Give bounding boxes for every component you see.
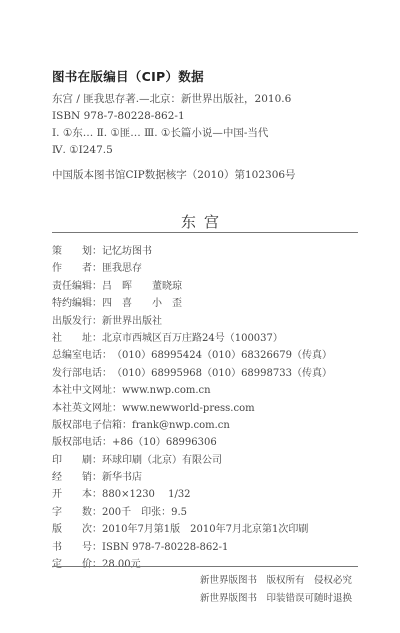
info-label: 经 销 xyxy=(52,469,92,486)
info-label: 策 划 xyxy=(52,243,92,260)
info-label: 定 价 xyxy=(52,556,92,573)
info-row-publisher: 出版发行：新世界出版社 xyxy=(52,313,332,330)
title-divider xyxy=(52,232,358,233)
publication-info: 策 划：记忆坊图书 作 者：匪我思存 责任编辑：吕 晖 董晓琼 特约编辑：四 喜… xyxy=(52,243,332,573)
info-label: 总编室电话 xyxy=(52,347,102,364)
price-value: 28.00元 xyxy=(102,556,141,573)
info-label: 版权部电话 xyxy=(52,434,102,451)
info-separator: ： xyxy=(122,417,132,434)
info-value: 新华书店 xyxy=(102,469,142,486)
info-value: 吕 晖 董晓琼 xyxy=(102,278,182,295)
info-row-printer: 印 刷：环球印刷（北京）有限公司 xyxy=(52,452,332,469)
info-value: 匪我思存 xyxy=(102,260,142,277)
cip-data-block: 东宫 / 匪我思存著.—北京：新世界出版社，2010.6 ISBN 978-7-… xyxy=(52,91,291,159)
english-website-link: www.newworld-press.com xyxy=(122,400,255,417)
info-row-price: 定 价：28.00元 xyxy=(52,556,332,573)
info-row-isbn: 书 号：ISBN 978-7-80228-862-1 xyxy=(52,539,332,556)
info-separator: ： xyxy=(92,313,102,330)
info-value: 2010年7月第1版 2010年7月北京第1次印刷 xyxy=(102,521,308,538)
info-separator: ： xyxy=(92,330,102,347)
cip-line-classification: Ⅳ. ①I247.5 xyxy=(52,142,291,159)
info-separator: ： xyxy=(92,243,102,260)
info-value: （010）68995968（010）68998733（传真） xyxy=(112,365,332,382)
info-separator: ： xyxy=(112,382,122,399)
info-row-format: 开 本：880×1230 1/32 xyxy=(52,486,332,503)
info-value: 880×1230 1/32 xyxy=(102,486,191,503)
info-label: 字 数 xyxy=(52,504,92,521)
footer-return-notice: 新世界版图书 印装错误可随时退换 xyxy=(200,590,352,608)
info-separator: ： xyxy=(92,486,102,503)
chinese-website-link: www.nwp.com.cn xyxy=(122,382,211,399)
info-label: 作 者 xyxy=(52,260,92,277)
info-label: 印 刷 xyxy=(52,452,92,469)
info-row-editor: 责任编辑：吕 晖 董晓琼 xyxy=(52,278,332,295)
info-value: +86（10）68996306 xyxy=(112,434,217,451)
info-row-address: 社 址：北京市西城区百万庄路24号（100037） xyxy=(52,330,332,347)
info-label: 特约编辑 xyxy=(52,295,92,312)
info-row-planning: 策 划：记忆坊图书 xyxy=(52,243,332,260)
info-label: 本社英文网址 xyxy=(52,400,112,417)
info-value: 200千 印张：9.5 xyxy=(102,504,187,521)
cip-heading: 图书在版编目（CIP）数据 xyxy=(52,67,204,85)
copyright-page: 图书在版编目（CIP）数据 东宫 / 匪我思存著.—北京：新世界出版社，2010… xyxy=(0,0,400,633)
info-value: 北京市西城区百万庄路24号（100037） xyxy=(102,330,283,347)
info-separator: ： xyxy=(92,452,102,469)
info-label: 出版发行 xyxy=(52,313,92,330)
info-value: 新世界出版社 xyxy=(102,313,162,330)
info-separator: ： xyxy=(102,365,112,382)
copyright-footer: 新世界版图书 版权所有 侵权必究 新世界版图书 印装错误可随时退换 xyxy=(200,572,352,608)
info-separator: ： xyxy=(92,278,102,295)
info-separator: ： xyxy=(92,521,102,538)
cip-record-number: 中国版本图书馆CIP数据核字（2010）第102306号 xyxy=(52,167,296,182)
info-value: 记忆坊图书 xyxy=(102,243,152,260)
info-separator: ： xyxy=(102,434,112,451)
cip-line-title: 东宫 / 匪我思存著.—北京：新世界出版社，2010.6 xyxy=(52,91,291,108)
info-separator: ： xyxy=(92,260,102,277)
info-separator: ： xyxy=(92,539,102,556)
info-label: 版权部电子信箱 xyxy=(52,417,122,434)
info-row-editorial-phone: 总编室电话：（010）68995424（010）68326679（传真） xyxy=(52,347,332,364)
cip-line-subjects: Ⅰ. ①东… Ⅱ. ①匪… Ⅲ. ①长篇小说—中国-当代 xyxy=(52,125,291,142)
info-value: （010）68995424（010）68326679（传真） xyxy=(112,347,332,364)
info-label: 本社中文网址 xyxy=(52,382,112,399)
info-separator: ： xyxy=(92,469,102,486)
info-label: 责任编辑 xyxy=(52,278,92,295)
isbn-value: ISBN 978-7-80228-862-1 xyxy=(102,539,228,556)
info-separator: ： xyxy=(102,347,112,364)
info-separator: ： xyxy=(92,295,102,312)
copyright-email: frank@nwp.com.cn xyxy=(132,417,230,434)
info-separator: ： xyxy=(112,400,122,417)
info-value: 环球印刷（北京）有限公司 xyxy=(102,452,222,469)
info-label: 书 号 xyxy=(52,539,92,556)
info-value: 四 喜 小 歪 xyxy=(102,295,182,312)
book-title: 东宫 xyxy=(0,211,400,232)
info-row-english-website: 本社英文网址：www.newworld-press.com xyxy=(52,400,332,417)
info-label: 社 址 xyxy=(52,330,92,347)
info-row-edition: 版 次：2010年7月第1版 2010年7月北京第1次印刷 xyxy=(52,521,332,538)
info-row-copyright-phone: 版权部电话：+86（10）68996306 xyxy=(52,434,332,451)
info-row-word-count: 字 数：200千 印张：9.5 xyxy=(52,504,332,521)
footer-rights-notice: 新世界版图书 版权所有 侵权必究 xyxy=(200,572,352,590)
info-row-author: 作 者：匪我思存 xyxy=(52,260,332,277)
cip-line-isbn: ISBN 978-7-80228-862-1 xyxy=(52,108,291,125)
info-row-distributor: 经 销：新华书店 xyxy=(52,469,332,486)
info-label: 发行部电话 xyxy=(52,365,102,382)
info-row-chinese-website: 本社中文网址：www.nwp.com.cn xyxy=(52,382,332,399)
info-row-special-editor: 特约编辑：四 喜 小 歪 xyxy=(52,295,332,312)
info-label: 开 本 xyxy=(52,486,92,503)
info-separator: ： xyxy=(92,556,102,573)
info-separator: ： xyxy=(92,504,102,521)
info-row-copyright-email: 版权部电子信箱：frank@nwp.com.cn xyxy=(52,417,332,434)
info-row-distribution-phone: 发行部电话：（010）68995968（010）68998733（传真） xyxy=(52,365,332,382)
info-label: 版 次 xyxy=(52,521,92,538)
footer-divider xyxy=(52,566,358,567)
